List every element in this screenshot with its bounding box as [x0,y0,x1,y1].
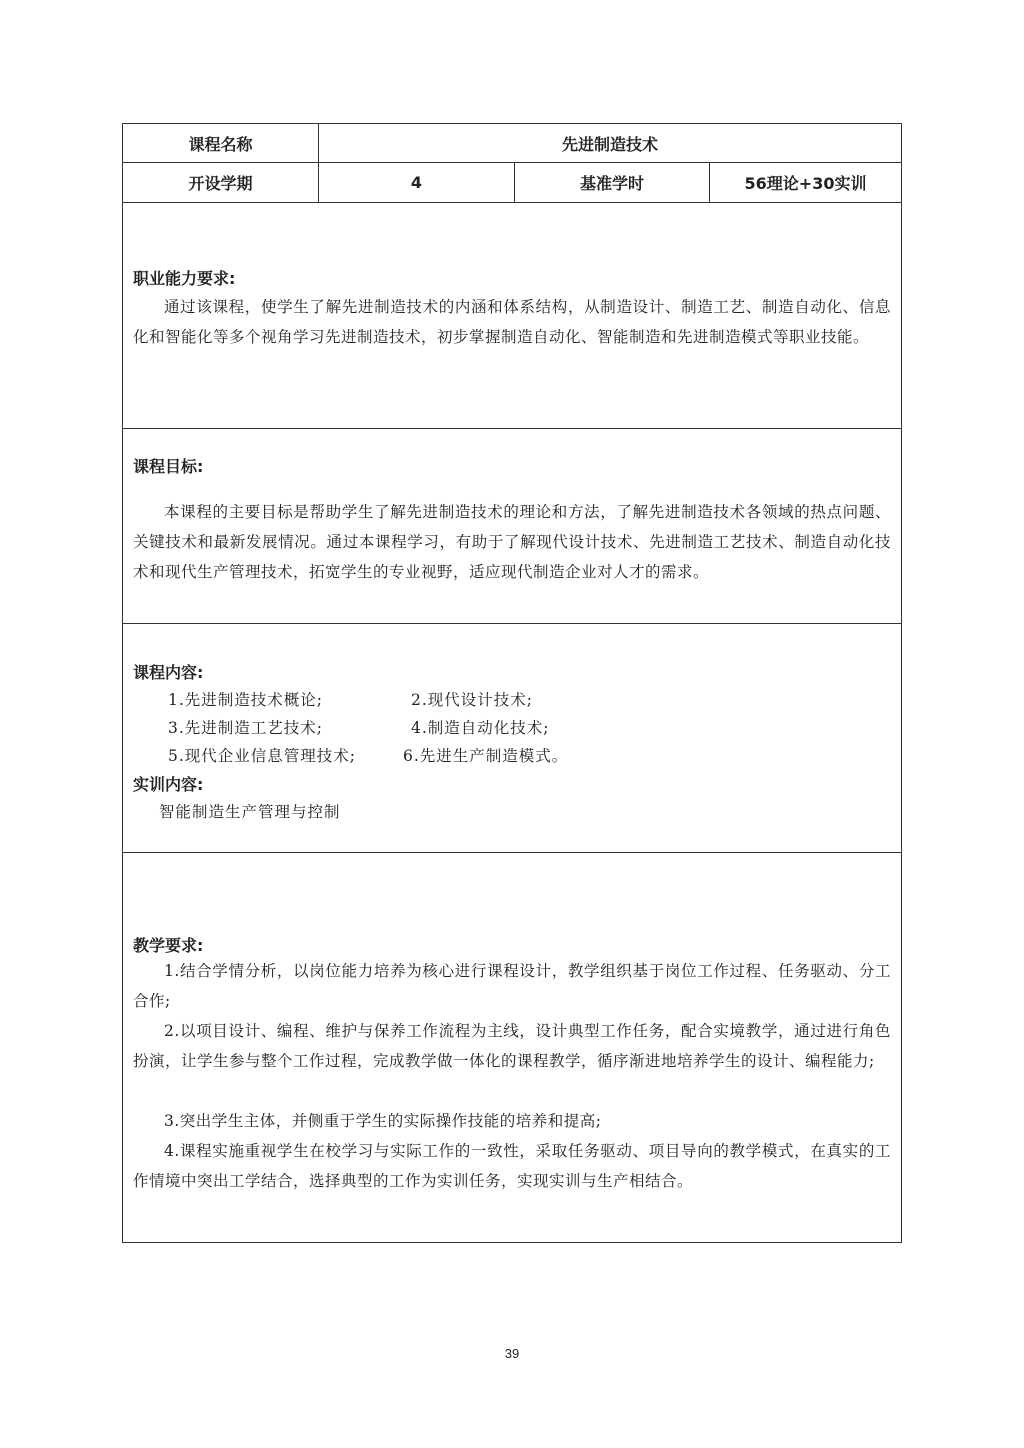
training-heading: 实训内容: [133,772,203,795]
course-name-value: 先进制造技术 [318,124,901,162]
content-item-4: 4.制造自动化技术; [411,716,550,738]
page-number: 39 [0,1346,1024,1361]
goals-section: 课程目标: 本课程的主要目标是帮助学生了解先进制造技术的理论和方法，了解先进制造… [123,429,901,624]
teaching-item-3: 3.突出学生主体，并侧重于学生的实际操作技能的培养和提高; [133,1106,891,1136]
hours-label: 基准学时 [514,163,709,202]
content-item-3: 3.先进制造工艺技术; [168,716,323,738]
semester-label: 开设学期 [123,163,318,202]
content-heading: 课程内容: [133,660,203,683]
ability-heading: 职业能力要求: [133,266,235,289]
content-item-5: 5.现代企业信息管理技术; [168,744,356,766]
teaching-item-1: 1.结合学情分析，以岗位能力培养为核心进行课程设计，教学组织基于岗位工作过程、任… [133,956,891,1016]
content-section: 课程内容: 1.先进制造技术概论; 2.现代设计技术; 3.先进制造工艺技术; … [123,624,901,853]
training-text: 智能制造生产管理与控制 [159,800,341,822]
semester-row: 开设学期 4 基准学时 56理论+30实训 [123,163,901,203]
course-name-row: 课程名称 先进制造技术 [123,124,901,163]
hours-value: 56理论+30实训 [709,163,901,202]
goals-heading: 课程目标: [133,454,203,477]
content-item-2: 2.现代设计技术; [411,688,533,710]
ability-text: 通过该课程，使学生了解先进制造技术的内涵和体系结构，从制造设计、制造工艺、制造自… [133,292,891,352]
teaching-section: 教学要求: 1.结合学情分析，以岗位能力培养为核心进行课程设计，教学组织基于岗位… [123,853,901,1242]
goals-text: 本课程的主要目标是帮助学生了解先进制造技术的理论和方法，了解先进制造技术各领域的… [133,497,891,587]
teaching-item-4: 4.课程实施重视学生在校学习与实际工作的一致性，采取任务驱动、项目导向的教学模式… [133,1136,891,1196]
course-table: 课程名称 先进制造技术 开设学期 4 基准学时 56理论+30实训 职业能力要求… [122,123,902,1243]
content-item-6: 6.先进生产制造模式。 [403,744,568,766]
content-item-1: 1.先进制造技术概论; [168,688,323,710]
course-name-label: 课程名称 [123,124,318,162]
teaching-item-2: 2.以项目设计、编程、维护与保养工作流程为主线，设计典型工作任务，配合实境教学，… [133,1016,891,1076]
teaching-heading: 教学要求: [133,933,203,956]
semester-value: 4 [318,163,514,202]
ability-section: 职业能力要求: 通过该课程，使学生了解先进制造技术的内涵和体系结构，从制造设计、… [123,203,901,429]
